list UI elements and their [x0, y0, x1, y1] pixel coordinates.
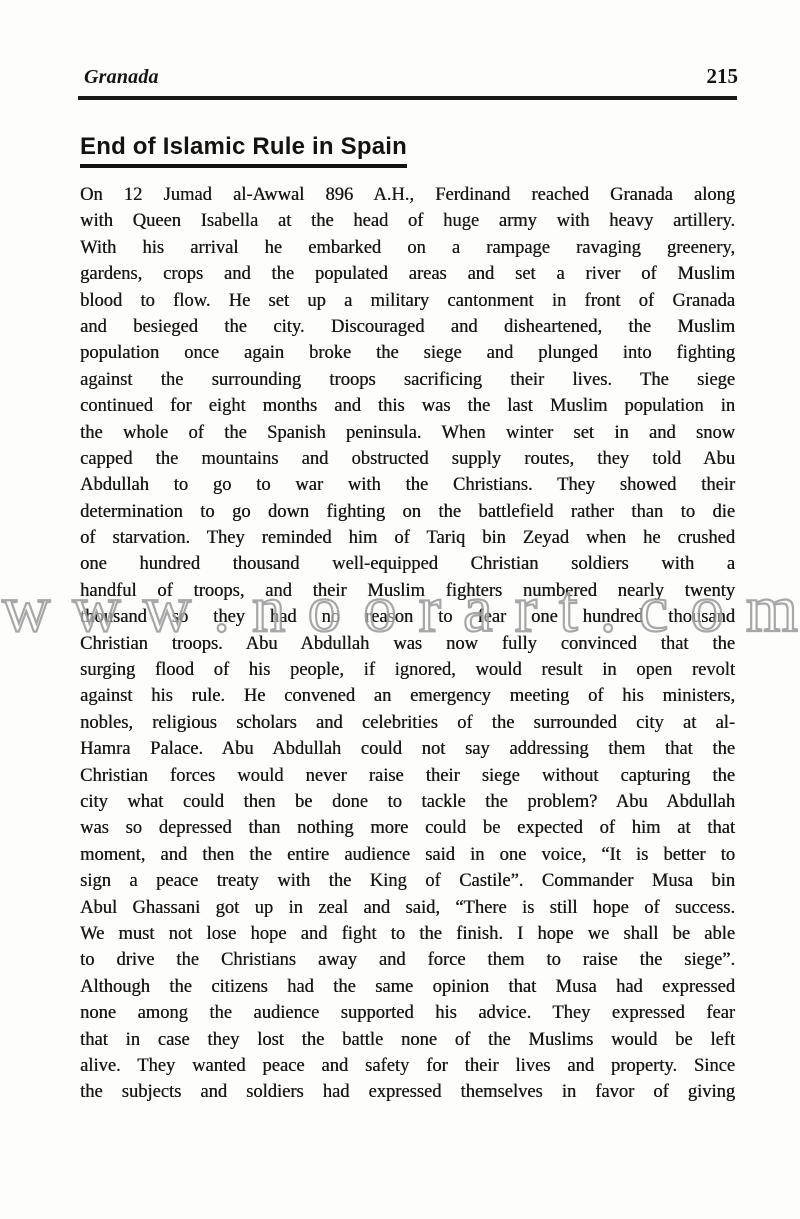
body-line: to drive the Christians away and force t…	[80, 947, 735, 973]
section-heading: End of Islamic Rule in Spain	[80, 134, 407, 168]
body-line: With his arrival he embarked on a rampag…	[80, 235, 735, 261]
body-line: handful of troops, and their Muslim figh…	[80, 578, 735, 604]
body-line: Although the citizens had the same opini…	[80, 974, 735, 1000]
body-line: population once again broke the siege an…	[80, 340, 735, 366]
body-line: one hundred thousand well-equipped Chris…	[80, 551, 735, 577]
body-line: nobles, religious scholars and celebriti…	[80, 710, 735, 736]
body-line: city what could then be done to tackle t…	[80, 789, 735, 815]
watermark-char: m	[746, 576, 798, 643]
body-line: against the surrounding troops sacrifici…	[80, 367, 735, 393]
body-line: Abdullah to go to war with the Christian…	[80, 472, 735, 498]
body-line: of starvation. They reminded him of Tari…	[80, 525, 735, 551]
body-line: Hamra Palace. Abu Abdullah could not say…	[80, 736, 735, 762]
body-line: alive. They wanted peace and safety for …	[80, 1053, 735, 1079]
body-text: On 12 Jumad al-Awwal 896 A.H., Ferdinand…	[80, 182, 735, 1106]
watermark-char: w	[2, 576, 50, 643]
header-rule	[78, 96, 737, 100]
body-line: thousand so they had no reason to fear o…	[80, 604, 735, 630]
body-line: against his rule. He convened an emergen…	[80, 683, 735, 709]
body-line: and besieged the city. Discouraged and d…	[80, 314, 735, 340]
book-page: Granada 215 End of Islamic Rule in Spain…	[0, 0, 800, 1219]
page-number: 215	[707, 64, 739, 89]
body-line: capped the mountains and obstructed supp…	[80, 446, 735, 472]
body-line: was so depressed than nothing more could…	[80, 815, 735, 841]
body-line: We must not lose hope and fight to the f…	[80, 921, 735, 947]
body-line: moment, and then the entire audience sai…	[80, 842, 735, 868]
body-line: the whole of the Spanish peninsula. When…	[80, 420, 735, 446]
body-line: continued for eight months and this was …	[80, 393, 735, 419]
body-line: determination to go down fighting on the…	[80, 499, 735, 525]
body-line: On 12 Jumad al-Awwal 896 A.H., Ferdinand…	[80, 182, 735, 208]
body-line: that in case they lost the battle none o…	[80, 1027, 735, 1053]
body-line: Christian forces would never raise their…	[80, 763, 735, 789]
body-line: sign a peace treaty with the King of Cas…	[80, 868, 735, 894]
body-line: Abul Ghassani got up in zeal and said, “…	[80, 895, 735, 921]
body-line: the subjects and soldiers had expressed …	[80, 1079, 735, 1105]
body-line: Christian troops. Abu Abdullah was now f…	[80, 631, 735, 657]
running-head: Granada	[84, 66, 159, 89]
body-line: with Queen Isabella at the head of huge …	[80, 208, 735, 234]
body-line: none among the audience supported his ad…	[80, 1000, 735, 1026]
body-line: surging flood of his people, if ignored,…	[80, 657, 735, 683]
body-line: gardens, crops and the populated areas a…	[80, 261, 735, 287]
body-line: blood to flow. He set up a military cant…	[80, 288, 735, 314]
